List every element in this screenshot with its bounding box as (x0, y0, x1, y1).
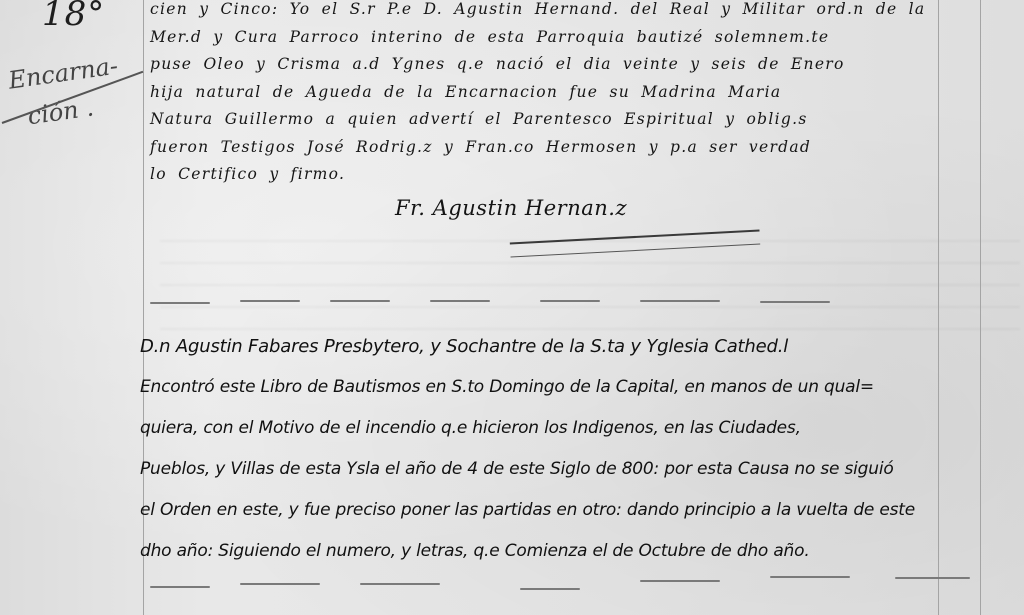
register-note-text: D.n Agustin Fabares Presbytero, y Sochan… (140, 326, 1020, 572)
separator-dash (760, 301, 830, 303)
text-line: hija natural de Agueda de la Encarnacion… (150, 79, 980, 107)
text-line: el Orden en este, y fue preciso poner la… (140, 490, 1020, 531)
separator-dash (770, 576, 850, 578)
separator-dash (540, 300, 600, 302)
baptism-entry-text: cien y Cinco: Yo el S.r P.e D. Agustin H… (150, 0, 980, 189)
text-line: puse Oleo y Crisma a.d Ygnes q.e nació e… (150, 51, 980, 79)
text-line: quiera, con el Motivo de el incendio q.e… (140, 408, 1020, 449)
entry-number: 18° (42, 0, 105, 34)
text-line: lo Certifico y firmo. (150, 161, 980, 189)
manuscript-page: 18° Encarna- ción . cien y Cinco: Yo el … (0, 0, 1024, 615)
separator-dash (330, 300, 390, 302)
text-line: Mer.d y Cura Parroco interino de esta Pa… (150, 24, 980, 52)
separator-dash (895, 577, 970, 579)
separator-dash (430, 300, 490, 302)
separator-dash (640, 300, 720, 302)
text-line: D.n Agustin Fabares Presbytero, y Sochan… (140, 326, 1020, 367)
margin-entry-name: Encarna- ción . (6, 43, 155, 138)
separator-dash (240, 583, 320, 585)
text-line: dho año: Siguiendo el numero, y letras, … (140, 531, 1020, 572)
separator-dash (150, 586, 210, 588)
separator-dash (240, 300, 300, 302)
text-line: cien y Cinco: Yo el S.r P.e D. Agustin H… (150, 0, 980, 24)
separator-dash (520, 588, 580, 590)
text-line: fueron Testigos José Rodrig.z y Fran.co … (150, 134, 980, 162)
separator-dash (640, 580, 720, 582)
text-line: Pueblos, y Villas de esta Ysla el año de… (140, 449, 1020, 490)
separator-dash (150, 302, 210, 304)
separator-dash (360, 583, 440, 585)
text-line: Natura Guillermo a quien advertí el Pare… (150, 106, 980, 134)
bleed-through-text (160, 220, 1020, 330)
text-line: Encontró este Libro de Bautismos en S.to… (140, 367, 1020, 408)
signature: Fr. Agustin Hernan.z (395, 196, 627, 220)
